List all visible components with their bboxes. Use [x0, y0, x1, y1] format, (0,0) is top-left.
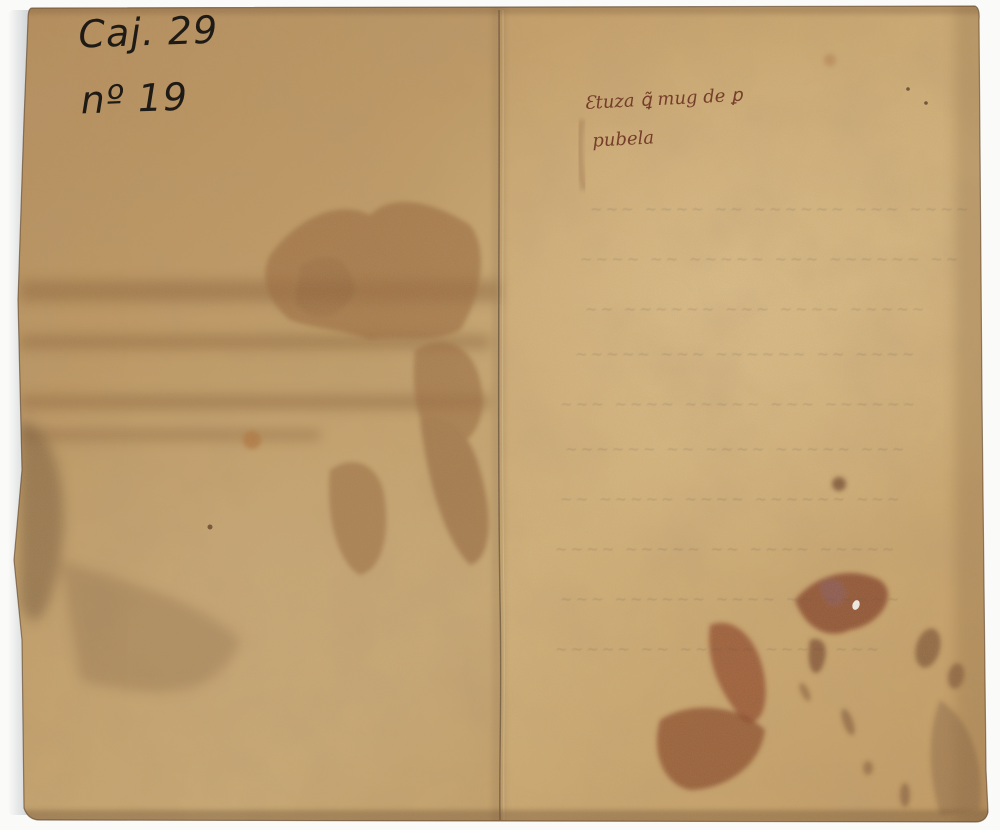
showthrough-line: ~~~~~ ~~ ~~~~~ ~~~~ ~~~: [555, 640, 882, 658]
endorsement-line-2: pubela: [592, 125, 655, 154]
showthrough-line: ~~~~ ~~~~~ ~~ ~~~~ ~~~~~: [555, 540, 897, 558]
showthrough-line: ~~~~ ~~ ~~~~~ ~~~ ~~~~~~ ~~: [580, 250, 961, 268]
photo-scene: ~~~ ~~~~ ~~ ~~~~~~ ~~~ ~~~~ ~~~~ ~~ ~~~~…: [0, 0, 1000, 830]
showthrough-line: ~~~ ~~~~ ~~ ~~~~~~ ~~~ ~~~~: [590, 200, 971, 218]
showthrough-line: ~~ ~~~~~ ~~~~ ~~~~~~ ~~~: [560, 490, 902, 508]
showthrough-line: ~~~ ~~~~~~ ~~~~ ~~ ~~~~~: [560, 590, 902, 608]
showthrough-line: ~~~ ~~~~ ~~~~~ ~~~ ~~~~~~: [560, 395, 918, 413]
endorsement-line-1: Ɛtuza ꝗ̃ mug de ꝑ: [584, 83, 744, 117]
showthrough-line: ~~ ~~~~~~ ~~~ ~~~~ ~~~~~: [585, 300, 927, 318]
showthrough-line: ~~~~~ ~~~ ~~~~~~ ~~ ~~~~: [575, 345, 917, 363]
showthrough-line: ~~~~~~ ~~ ~~~~ ~~~~~ ~~~: [565, 440, 907, 458]
